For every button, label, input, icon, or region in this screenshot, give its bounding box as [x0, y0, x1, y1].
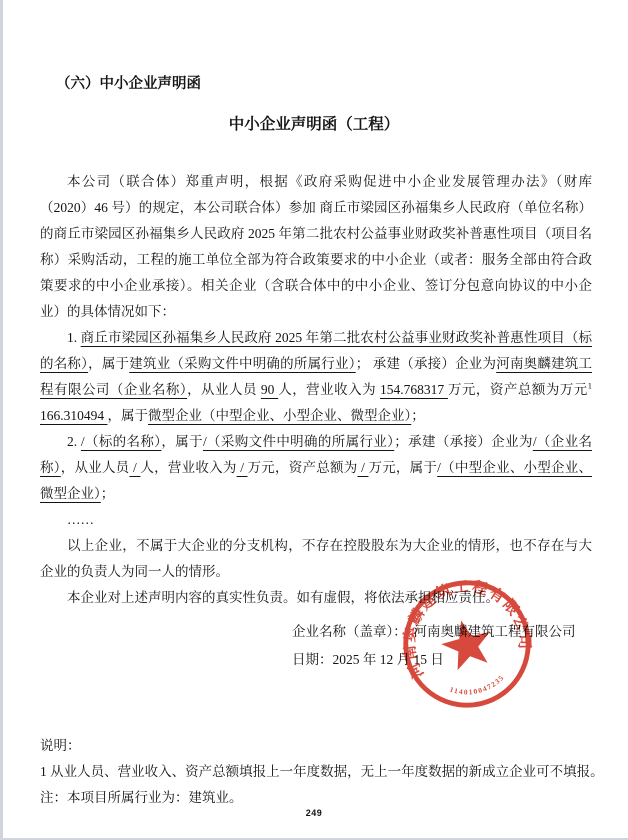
notes-heading: 说明： — [40, 733, 604, 759]
paragraph-declaration-intro: 本公司（联合体）郑重声明，根据《政府采购促进中小企业发展管理办法》（财库（202… — [40, 169, 592, 325]
date-label: 日期： — [292, 652, 333, 667]
document-body: 本公司（联合体）郑重声明，根据《政府采购促进中小企业发展管理办法》（财库（202… — [0, 169, 628, 611]
signature-block: 企业名称（盖章）： 河南奥麟建筑工程有限公司 日期：2025 年 12 月 15… — [292, 618, 628, 674]
paragraph-item-2: 2. /（标的名称），属于/（采购文件中明确的所属行业）；承建（承接）企业为/（… — [40, 429, 592, 507]
note-item-1: 1 从业人员、营业收入、资产总额填报上一年度数据，无上一年度数据的新成立企业可不… — [40, 759, 604, 785]
date-line: 日期：2025 年 12 月 15 日 — [292, 646, 628, 674]
paragraph-ellipsis: …… — [40, 507, 592, 533]
company-name: 河南奥麟建筑工程有限公司 — [414, 624, 576, 639]
company-seal-label: 企业名称（盖章）： — [292, 624, 414, 639]
page-left-edge — [0, 0, 3, 840]
paragraph-not-large-enterprise: 以上企业，不属于大企业的分支机构，不存在控股股东为大企业的情形，也不存在与大企业… — [40, 533, 592, 585]
company-seal-line: 企业名称（盖章）： 河南奥麟建筑工程有限公司 — [292, 618, 628, 646]
notes-section: 说明： 1 从业人员、营业收入、资产总额填报上一年度数据，无上一年度数据的新成立… — [0, 733, 628, 811]
section-heading: （六）中小企业声明函 — [0, 0, 628, 94]
paragraph-item-1: 1. 商丘市梁园区孙福集乡人民政府 2025 年第二批农村公益事业财政奖补普惠性… — [40, 325, 592, 429]
seal-code-arc-text: 114010047235 — [447, 672, 508, 702]
document-title: 中小企业声明函（工程） — [0, 114, 628, 136]
date-value: 2025 年 12 月 15 日 — [333, 652, 444, 667]
paragraph-responsibility: 本企业对上述声明内容的真实性负责。如有虚假，将依法承担相应责任。 — [40, 585, 592, 611]
document-page: （六）中小企业声明函 中小企业声明函（工程） 本公司（联合体）郑重声明，根据《政… — [0, 0, 628, 840]
